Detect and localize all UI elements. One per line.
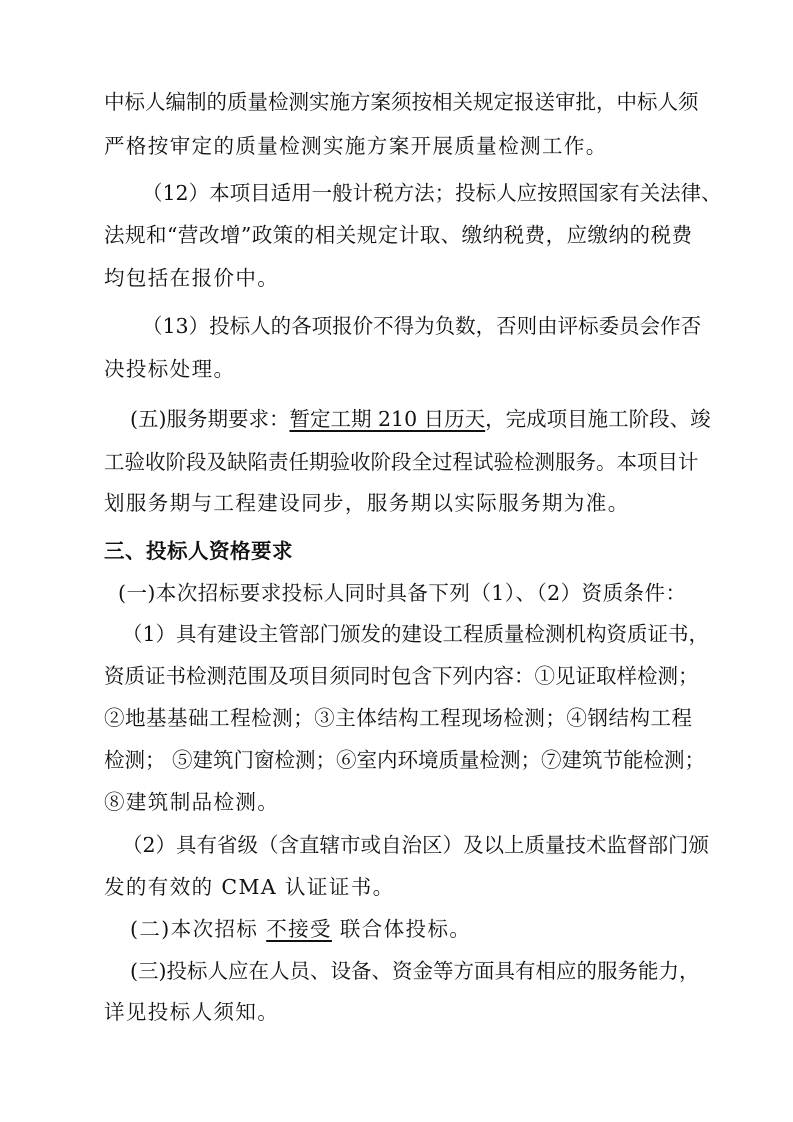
service-period-duration: 暂定工期 210 日历天 (290, 407, 486, 431)
service-period-text: ，完成项目施工阶段、竣 (485, 407, 711, 431)
qualification-item-2-line: 发的有效的 CMA 认证证书。 (104, 874, 395, 900)
item-12-line: 均包括在报价中。 (104, 265, 279, 291)
paragraph-line: 严格按审定的质量检测实施方案开展质量检测工作。 (104, 133, 608, 159)
qualification-item-1-line: ②地基基础工程检测；③主体结构工程现场检测；④钢结构工程 (104, 705, 692, 731)
consortium-text: 联合体投标。 (332, 917, 471, 941)
capability-line: 详见投标人须知。 (104, 999, 279, 1025)
consortium-line: (二)本次招标 不接受 联合体投标。 (130, 916, 471, 942)
item-12-line: 法规和“营改增”政策的相关规定计取、缴纳税费，应缴纳的税费 (104, 222, 692, 248)
capability-line: (三)投标人应在人员、设备、资金等方面具有相应的服务能力， (130, 958, 692, 984)
consortium-status: 不接受 (266, 917, 332, 941)
service-period-line: (五)服务期要求：暂定工期 210 日历天，完成项目施工阶段、竣 (130, 406, 692, 432)
qualification-item-1-line: 资质证书检测范围及项目须同时包含下列内容：①见证取样检测； (104, 663, 692, 689)
section-heading: 三、投标人资格要求 (104, 538, 293, 564)
service-period-label: (五)服务期要求： (130, 407, 290, 431)
item-13-line: 决投标处理。 (104, 356, 235, 382)
qualification-item-2-line: （2）具有省级（含直辖市或自治区）及以上质量技术监督部门颁 (122, 832, 692, 858)
qualification-item-1-line: 检测； ⑤建筑门窗检测；⑥室内环境质量检测；⑦建筑节能检测； (104, 747, 692, 773)
consortium-label: (二)本次招标 (130, 917, 266, 941)
item-12-line: （12）本项目适用一般计税方法；投标人应按照国家有关法律、 (142, 180, 692, 206)
qualification-intro: (一)本次招标要求投标人同时具备下列（1）、（2）资质条件： (118, 580, 686, 606)
paragraph-line: 中标人编制的质量检测实施方案须按相关规定报送审批，中标人须 (104, 89, 692, 115)
service-period-line: 工验收阶段及缺陷责任期验收阶段全过程试验检测服务。本项目计 (104, 449, 692, 475)
document-page: 中标人编制的质量检测实施方案须按相关规定报送审批，中标人须 严格按审定的质量检测… (0, 0, 793, 1122)
qualification-item-1-line: （1）具有建设主管部门颁发的建设工程质量检测机构资质证书， (122, 621, 692, 647)
service-period-line: 划服务期与工程建设同步，服务期以实际服务期为准。 (104, 490, 630, 516)
qualification-item-1-line: ⑧建筑制品检测。 (104, 789, 279, 815)
item-13-line: （13）投标人的各项报价不得为负数，否则由评标委员会作否 (142, 313, 692, 339)
